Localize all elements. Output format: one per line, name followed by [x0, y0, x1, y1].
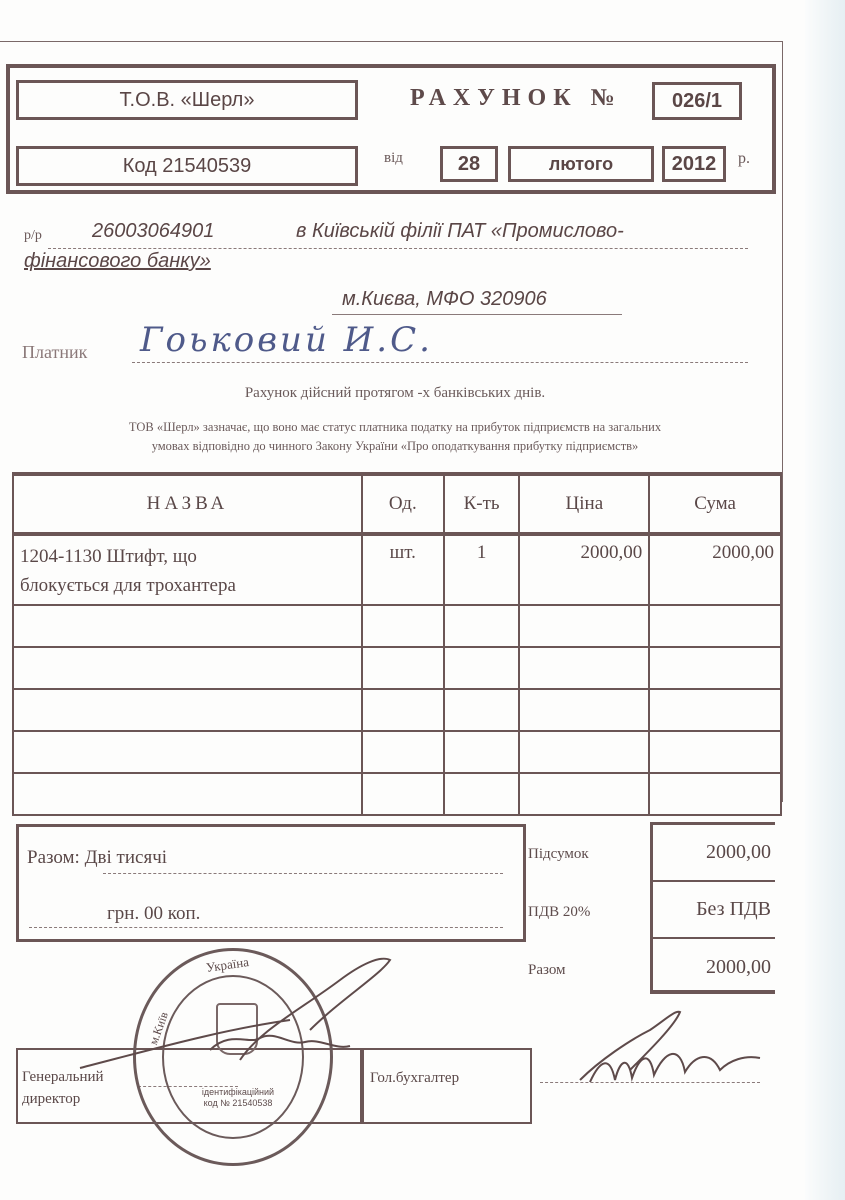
tax-note-line1: ТОВ «Шерл» зазначає, що воно має статус … — [0, 418, 790, 437]
words-underline-1 — [103, 873, 503, 874]
words-underline-2 — [29, 927, 503, 928]
total-in-words-box: Разом: Дві тисячі грн. 00 коп. — [16, 824, 526, 942]
item-name: 1204-1130 Штифт, що блокується для троха… — [13, 534, 362, 605]
date-month-box: лютого — [508, 146, 654, 182]
company-code-box: Код 21540539 — [16, 146, 358, 186]
stamp-code-line2: код № 21540538 — [198, 1098, 278, 1109]
payer-label: Платник — [22, 342, 87, 363]
account-label: р/р — [24, 228, 42, 244]
item-unit: шт. — [362, 534, 444, 605]
col-header-price: Ціна — [519, 474, 649, 534]
item-name-line1: 1204-1130 Штифт, що — [20, 542, 355, 571]
total-label: Разом — [528, 962, 566, 979]
total-words-line1: Разом: Дві тисячі — [27, 847, 167, 869]
table-row-empty — [13, 605, 781, 647]
table-row-empty — [13, 689, 781, 731]
validity-note: Рахунок дійсний протягом -х банківських … — [0, 384, 790, 403]
payer-underline — [132, 362, 748, 363]
col-header-name: НАЗВА — [13, 474, 362, 534]
vat-label: ПДВ 20% — [528, 904, 590, 921]
item-sum: 2000,00 — [649, 534, 781, 605]
date-month: лютого — [549, 154, 613, 175]
bank-name-line1: в Київській філії ПАТ «Промислово- — [296, 220, 624, 243]
table-row: 1204-1130 Штифт, що блокується для троха… — [13, 534, 781, 605]
date-year: 2012 — [672, 153, 717, 176]
total-words-line2: грн. 00 коп. — [107, 903, 200, 925]
item-price: 2000,00 — [519, 534, 649, 605]
date-day: 28 — [458, 153, 480, 176]
vat-value: Без ПДВ — [653, 882, 775, 939]
year-suffix: р. — [738, 150, 750, 168]
table-row-empty — [13, 647, 781, 689]
account-underline — [48, 248, 748, 249]
company-name: Т.О.В. «Шерл» — [120, 89, 255, 112]
date-day-box: 28 — [440, 146, 498, 182]
company-name-box: Т.О.В. «Шерл» — [16, 80, 358, 120]
stamp-code: ідентифікаційний код № 21540538 — [198, 1087, 278, 1109]
subtotal-label: Підсумок — [528, 846, 589, 863]
items-table: НАЗВА Од. К-ть Ціна Сума 1204-1130 Штифт… — [12, 472, 782, 816]
payer-name: Гоьковий И.С. — [140, 320, 433, 360]
table-row-empty — [13, 773, 781, 815]
invoice-number-box: 026/1 — [652, 82, 742, 120]
item-name-line2: блокується для трохантера — [20, 571, 355, 600]
invoice-number: 026/1 — [672, 90, 722, 113]
col-header-qty: К-ть — [444, 474, 520, 534]
city-underline — [332, 314, 622, 315]
scan-edge — [805, 0, 845, 1200]
company-code: Код 21540539 — [123, 155, 252, 178]
from-label: від — [384, 150, 403, 167]
city-mfo: м.Києва, МФО 320906 — [342, 288, 547, 311]
col-header-sum: Сума — [649, 474, 781, 534]
tax-note-line2: умовах відповідно до чинного Закону Укра… — [0, 437, 790, 456]
director-signature-icon — [60, 950, 400, 1090]
item-qty: 1 — [444, 534, 520, 605]
table-header-row: НАЗВА Од. К-ть Ціна Сума — [13, 474, 781, 534]
director-label-line2: директор — [22, 1088, 104, 1110]
account-number: 26003064901 — [92, 220, 214, 243]
bank-name-line2: фінансового банку» — [24, 250, 211, 273]
total-value: 2000,00 — [653, 939, 775, 996]
subtotal-value: 2000,00 — [653, 825, 775, 882]
summary-box: 2000,00 Без ПДВ 2000,00 — [650, 822, 775, 994]
date-year-box: 2012 — [662, 146, 726, 182]
accountant-signature-icon — [570, 1000, 770, 1100]
table-row-empty — [13, 731, 781, 773]
tax-note: ТОВ «Шерл» зазначає, що воно має статус … — [0, 418, 790, 456]
col-header-unit: Од. — [362, 474, 444, 534]
invoice-title: РАХУНОК № — [410, 85, 622, 112]
